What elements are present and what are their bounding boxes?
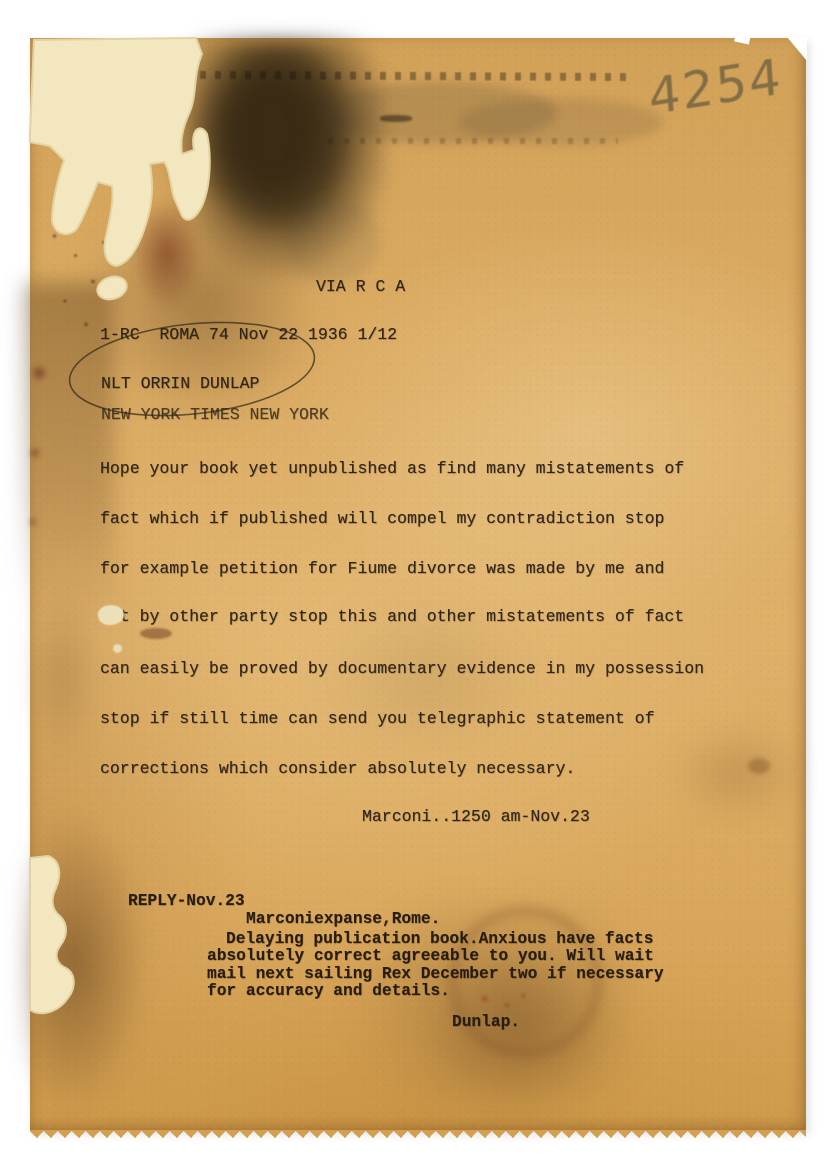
addressee-line: NLT ORRIN DUNLAP bbox=[101, 374, 259, 395]
torn-patch-bottom-left bbox=[30, 856, 74, 1013]
telegram-body-line: Hope your book yet unpublished as find m… bbox=[100, 459, 684, 480]
telegram-body-line: stop if still time can send you telegrap… bbox=[100, 709, 655, 730]
reply-label: REPLY-Nov.23 bbox=[128, 893, 245, 911]
header-line: 1-RC ROMA 74 Nov 22 1936 1/12 bbox=[100, 325, 397, 346]
telegram-body-line: corrections which consider absolutely ne… bbox=[100, 759, 575, 780]
reply-body-line: absolutely correct agreeable to you. Wil… bbox=[207, 948, 654, 966]
reply-address: Marconiexpanse,Rome. bbox=[246, 911, 440, 929]
torn-corner-top-right bbox=[787, 37, 807, 61]
via-line: VIA R C A bbox=[316, 277, 405, 298]
deckle-bottom-edge bbox=[30, 1130, 806, 1138]
reply-body-line: for accuracy and details. bbox=[207, 983, 450, 1001]
telegram-body-line: can easily be proved by documentary evid… bbox=[100, 659, 704, 680]
reply-signature: Dunlap. bbox=[452, 1014, 520, 1032]
torn-patch-speck bbox=[94, 273, 129, 303]
addressee-location-line: NEW YORK TIMES NEW YORK bbox=[101, 405, 329, 426]
paper-damage-speck bbox=[113, 644, 122, 653]
scanned-telegram-page: VIA R C A 1-RC ROMA 74 Nov 22 1936 1/12 … bbox=[0, 0, 834, 1167]
telegram-signature: Marconi..1250 am-Nov.23 bbox=[362, 807, 590, 828]
telegram-body-line: fact which if published will compel my c… bbox=[100, 509, 664, 530]
telegram-body-line: not by other party stop this and other m… bbox=[100, 607, 684, 628]
telegram-body-line: for example petition for Fiume divorce w… bbox=[100, 559, 664, 580]
torn-patch-top-left bbox=[30, 38, 210, 266]
